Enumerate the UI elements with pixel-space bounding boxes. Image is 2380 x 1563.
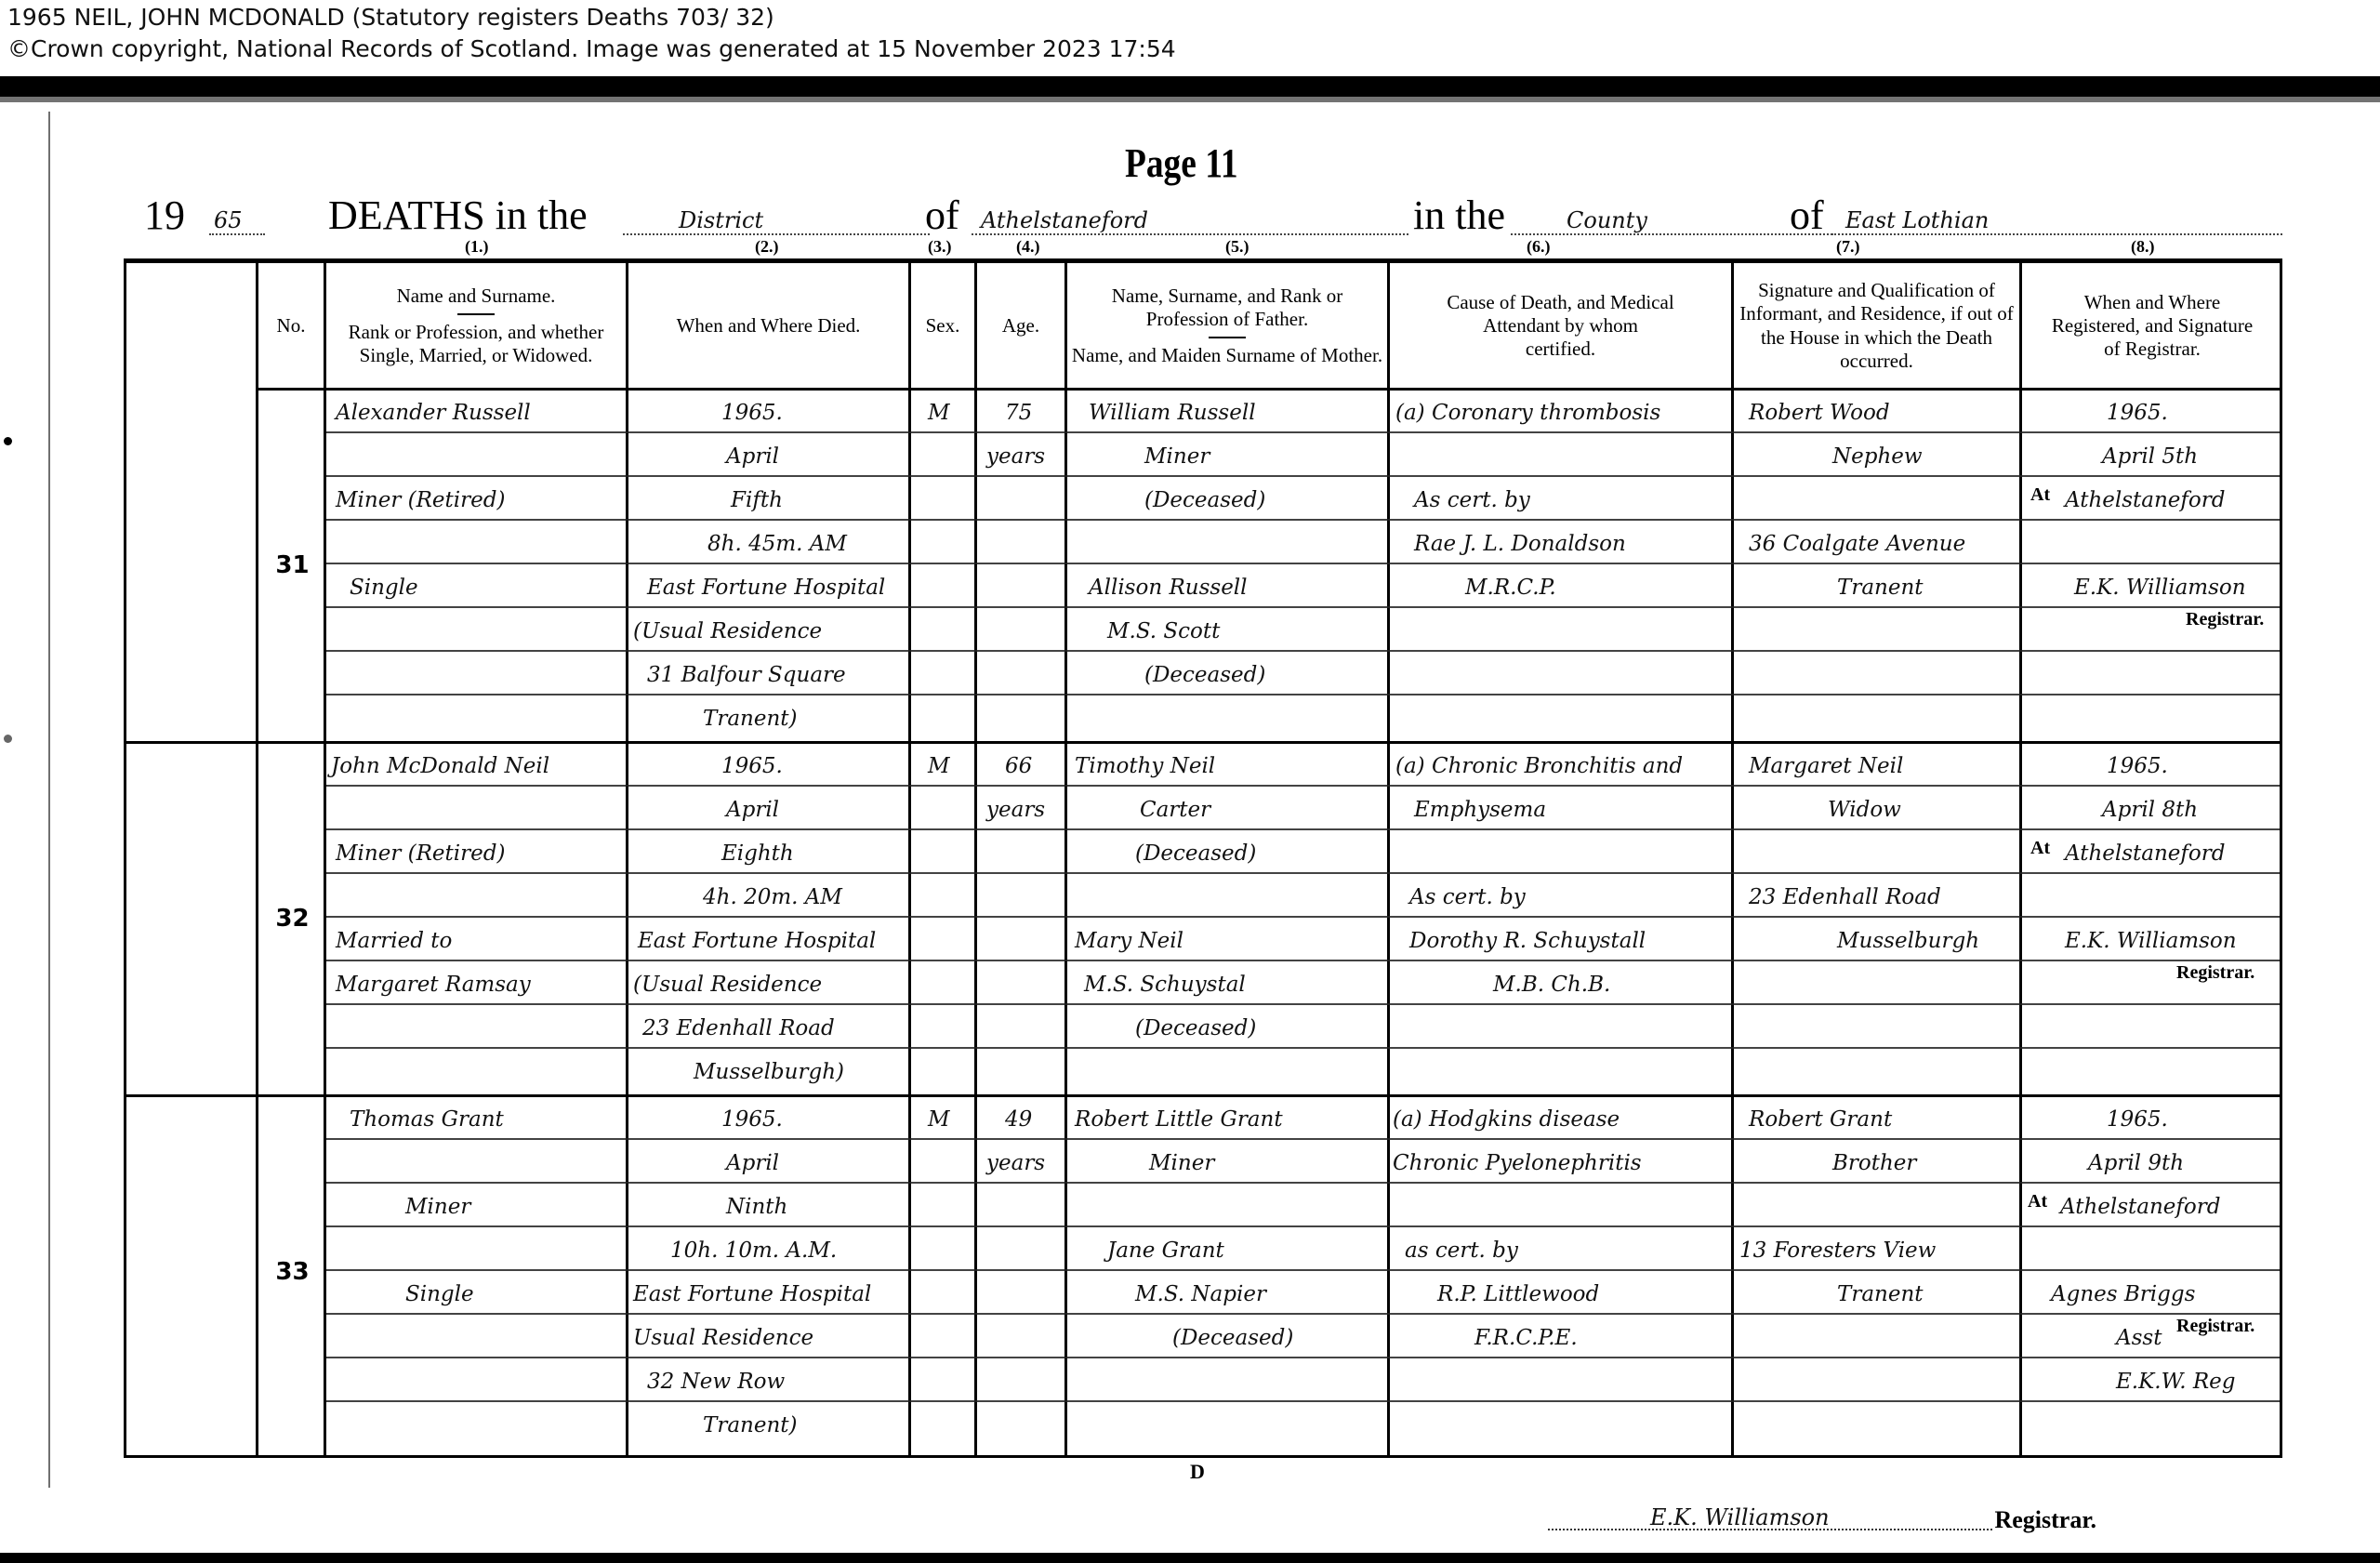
medical-attendant: R.P. Littlewood bbox=[1437, 1282, 1599, 1306]
entry-number: 33 bbox=[258, 1258, 326, 1286]
header-parents: Name, Surname, and Rank or Profession of… bbox=[1067, 263, 1387, 389]
death-year: 1965. bbox=[721, 401, 783, 425]
informant-name: Robert Grant bbox=[1749, 1107, 1892, 1132]
registration-place: Athelstaneford bbox=[2065, 488, 2226, 512]
entry-number: 32 bbox=[258, 905, 326, 933]
informant-town: Tranent bbox=[1837, 1282, 1924, 1306]
registration-date: April 5th bbox=[2102, 444, 2198, 469]
deaths-register-table: No. Name and Surname.Rank or Profession,… bbox=[124, 258, 2282, 1458]
father-name: Robert Little Grant bbox=[1075, 1107, 1283, 1132]
death-place: East Fortune Hospital bbox=[638, 929, 876, 953]
death-time: 4h. 20m. AM bbox=[703, 885, 842, 909]
usual-residence: Tranent) bbox=[703, 1413, 798, 1437]
record-title: 1965 NEIL, JOHN MCDONALD (Statutory regi… bbox=[7, 4, 774, 31]
usual-residence: Tranent) bbox=[703, 707, 798, 731]
registration-date: April 8th bbox=[2102, 798, 2198, 822]
age-unit: years bbox=[986, 1151, 1045, 1175]
mother-name: Mary Neil bbox=[1075, 929, 1183, 953]
usual-residence: Usual Residence bbox=[633, 1326, 813, 1350]
year-prefix: 19 bbox=[144, 192, 185, 239]
death-place: East Fortune Hospital bbox=[647, 576, 885, 600]
scan-edge-top bbox=[0, 76, 2380, 97]
binding-hole-icon bbox=[4, 735, 12, 743]
mother-name: Jane Grant bbox=[1107, 1238, 1224, 1263]
death-day: Ninth bbox=[726, 1195, 787, 1219]
deceased-name: John McDonald Neil bbox=[331, 754, 549, 778]
usual-residence: (Usual Residence bbox=[633, 973, 822, 997]
certified-by-label: As cert. by bbox=[1409, 885, 1526, 909]
death-day: Fifth bbox=[731, 488, 783, 512]
header-informant: Signature and Qualification of Informant… bbox=[1734, 263, 2019, 389]
age: 75 bbox=[1005, 401, 1032, 425]
deaths-label: DEATHS in the bbox=[328, 192, 588, 239]
header-no: No. bbox=[258, 263, 324, 389]
page-mark: D bbox=[1190, 1460, 1205, 1484]
father-occupation: Miner bbox=[1144, 444, 1210, 469]
deceased-name: Thomas Grant bbox=[350, 1107, 504, 1132]
registration-place: Athelstaneford bbox=[2065, 841, 2226, 866]
medical-attendant: Dorothy R. Schuystall bbox=[1409, 929, 1646, 953]
binding-hole-icon bbox=[4, 437, 12, 445]
informant-relation: Brother bbox=[1832, 1151, 1916, 1175]
header-age: Age. bbox=[977, 263, 1064, 389]
attendant-qualification: F.R.C.P.E. bbox=[1474, 1326, 1578, 1350]
age-unit: years bbox=[986, 798, 1045, 822]
father-occupation: Carter bbox=[1140, 798, 1210, 822]
cause-of-death-2: Chronic Pyelonephritis bbox=[1393, 1151, 1642, 1175]
registrar-label: Registrar. bbox=[2176, 962, 2254, 984]
copyright-notice: ©Crown copyright, National Records of Sc… bbox=[7, 35, 1176, 62]
column-number: (5.) bbox=[1225, 237, 1249, 257]
assistant-registrar: Asst bbox=[2116, 1326, 2162, 1350]
mother-maiden-name: M.S. Scott bbox=[1107, 619, 1220, 643]
registration-date: April 9th bbox=[2088, 1151, 2184, 1175]
registration-year: 1965. bbox=[2107, 754, 2168, 778]
district-type: District bbox=[679, 207, 763, 233]
column-number: (4.) bbox=[1016, 237, 1040, 257]
binding-margin-line bbox=[48, 112, 50, 1488]
marital-status: Single bbox=[350, 576, 418, 600]
sex: M bbox=[928, 401, 950, 425]
age: 66 bbox=[1005, 754, 1032, 778]
mother-status: (Deceased) bbox=[1144, 663, 1265, 687]
header-sex: Sex. bbox=[911, 263, 974, 389]
deceased-occupation: Miner (Retired) bbox=[336, 488, 505, 512]
informant-relation: Nephew bbox=[1832, 444, 1923, 469]
father-occupation: Miner bbox=[1149, 1151, 1214, 1175]
entry-number: 31 bbox=[258, 551, 326, 579]
age-unit: years bbox=[986, 444, 1045, 469]
registration-year: 1965. bbox=[2107, 1107, 2168, 1132]
death-place: East Fortune Hospital bbox=[633, 1282, 871, 1306]
county-type: County bbox=[1567, 207, 1647, 233]
attendant-qualification: M.R.C.P. bbox=[1465, 576, 1556, 600]
informant-address: 23 Edenhall Road bbox=[1749, 885, 1941, 909]
registrar-signature: Agnes Briggs bbox=[2051, 1282, 2195, 1306]
informant-relation: Widow bbox=[1828, 798, 1901, 822]
column-number: (6.) bbox=[1527, 237, 1551, 257]
marital-status: Married to bbox=[336, 929, 452, 953]
registration-place: Athelstaneford bbox=[2060, 1195, 2221, 1219]
column-number: (2.) bbox=[755, 237, 779, 257]
in-the-label: in the bbox=[1413, 192, 1505, 239]
deceased-occupation: Miner bbox=[405, 1195, 470, 1219]
of-label: of bbox=[925, 192, 959, 239]
informant-address: 36 Coalgate Avenue bbox=[1749, 532, 1965, 556]
father-name: Timothy Neil bbox=[1075, 754, 1215, 778]
registrar-initials: E.K.W. Reg bbox=[2116, 1370, 2236, 1394]
cause-of-death-2: Emphysema bbox=[1414, 798, 1546, 822]
county-name: East Lothian bbox=[1845, 207, 1989, 233]
header-when-where: When and Where Died. bbox=[628, 263, 908, 389]
usual-residence: 31 Balfour Square bbox=[647, 663, 846, 687]
year-suffix: 65 bbox=[214, 207, 243, 233]
at-label: At bbox=[2030, 484, 2050, 506]
attendant-qualification: M.B. Ch.B. bbox=[1493, 973, 1610, 997]
cause-of-death: (a) Hodgkins disease bbox=[1393, 1107, 1620, 1132]
at-label: At bbox=[2030, 838, 2050, 859]
column-number: (3.) bbox=[928, 237, 952, 257]
registrar-label: Registrar. bbox=[2176, 1316, 2254, 1337]
district-name: Athelstaneford bbox=[981, 207, 1148, 233]
informant-town: Tranent bbox=[1837, 576, 1924, 600]
mother-name: Allison Russell bbox=[1089, 576, 1248, 600]
cause-of-death: (a) Chronic Bronchitis and bbox=[1395, 754, 1683, 778]
death-day: Eighth bbox=[721, 841, 794, 866]
registration-year: 1965. bbox=[2107, 401, 2168, 425]
marital-status: Single bbox=[405, 1282, 474, 1306]
column-number: (7.) bbox=[1836, 237, 1860, 257]
deceased-occupation: Miner (Retired) bbox=[336, 841, 505, 866]
registrar-signature: E.K. Williamson bbox=[2074, 576, 2246, 600]
death-year: 1965. bbox=[721, 754, 783, 778]
mother-status: (Deceased) bbox=[1172, 1326, 1293, 1350]
cause-of-death: (a) Coronary thrombosis bbox=[1395, 401, 1660, 425]
deceased-name: Alexander Russell bbox=[336, 401, 531, 425]
informant-name: Robert Wood bbox=[1749, 401, 1890, 425]
of-label: of bbox=[1790, 192, 1824, 239]
death-month: April bbox=[726, 798, 779, 822]
father-name: William Russell bbox=[1089, 401, 1256, 425]
sex: M bbox=[928, 754, 950, 778]
registrar-label: Registrar. bbox=[2186, 609, 2264, 630]
at-label: At bbox=[2028, 1191, 2047, 1212]
death-month: April bbox=[726, 444, 779, 469]
spouse-name: Margaret Ramsay bbox=[336, 973, 531, 997]
column-number: (8.) bbox=[2131, 237, 2155, 257]
death-year: 1965. bbox=[721, 1107, 783, 1132]
scan-edge-bottom bbox=[0, 1553, 2380, 1563]
usual-residence: 23 Edenhall Road bbox=[642, 1016, 835, 1040]
header-cause: Cause of Death, and Medical Attendant by… bbox=[1390, 263, 1731, 389]
informant-address: 13 Foresters View bbox=[1739, 1238, 1936, 1263]
registrar-label: Registrar. bbox=[1994, 1506, 2096, 1534]
mother-status: (Deceased) bbox=[1135, 1016, 1256, 1040]
mother-maiden-name: M.S. Schuystal bbox=[1084, 973, 1246, 997]
death-time: 10h. 10m. A.M. bbox=[670, 1238, 837, 1263]
registrar-signature: E.K. Williamson bbox=[2065, 929, 2237, 953]
age: 49 bbox=[1005, 1107, 1032, 1132]
sex: M bbox=[928, 1107, 950, 1132]
registrar-signature: E.K. Williamson bbox=[1650, 1504, 1830, 1530]
usual-residence: Musselburgh) bbox=[694, 1060, 844, 1084]
certified-by-label: as cert. by bbox=[1405, 1238, 1518, 1263]
death-time: 8h. 45m. AM bbox=[707, 532, 847, 556]
death-month: April bbox=[726, 1151, 779, 1175]
header-name: Name and Surname.Rank or Profession, and… bbox=[326, 263, 626, 389]
usual-residence: 32 New Row bbox=[647, 1370, 785, 1394]
page-number: Page 11 bbox=[1125, 139, 1238, 187]
usual-residence: (Usual Residence bbox=[633, 619, 822, 643]
header-registered: When and Where Registered, and Signature… bbox=[2022, 263, 2282, 389]
certified-by-label: As cert. by bbox=[1414, 488, 1530, 512]
column-number: (1.) bbox=[465, 237, 489, 257]
medical-attendant: Rae J. L. Donaldson bbox=[1414, 532, 1626, 556]
scan-edge-shadow bbox=[0, 97, 2380, 102]
father-status: (Deceased) bbox=[1135, 841, 1256, 866]
informant-name: Margaret Neil bbox=[1749, 754, 1903, 778]
informant-town: Musselburgh bbox=[1837, 929, 1979, 953]
mother-maiden-name: M.S. Napier bbox=[1135, 1282, 1266, 1306]
father-status: (Deceased) bbox=[1144, 488, 1265, 512]
page-registrar-signature: E.K. Williamson Registrar. bbox=[1548, 1499, 2096, 1536]
